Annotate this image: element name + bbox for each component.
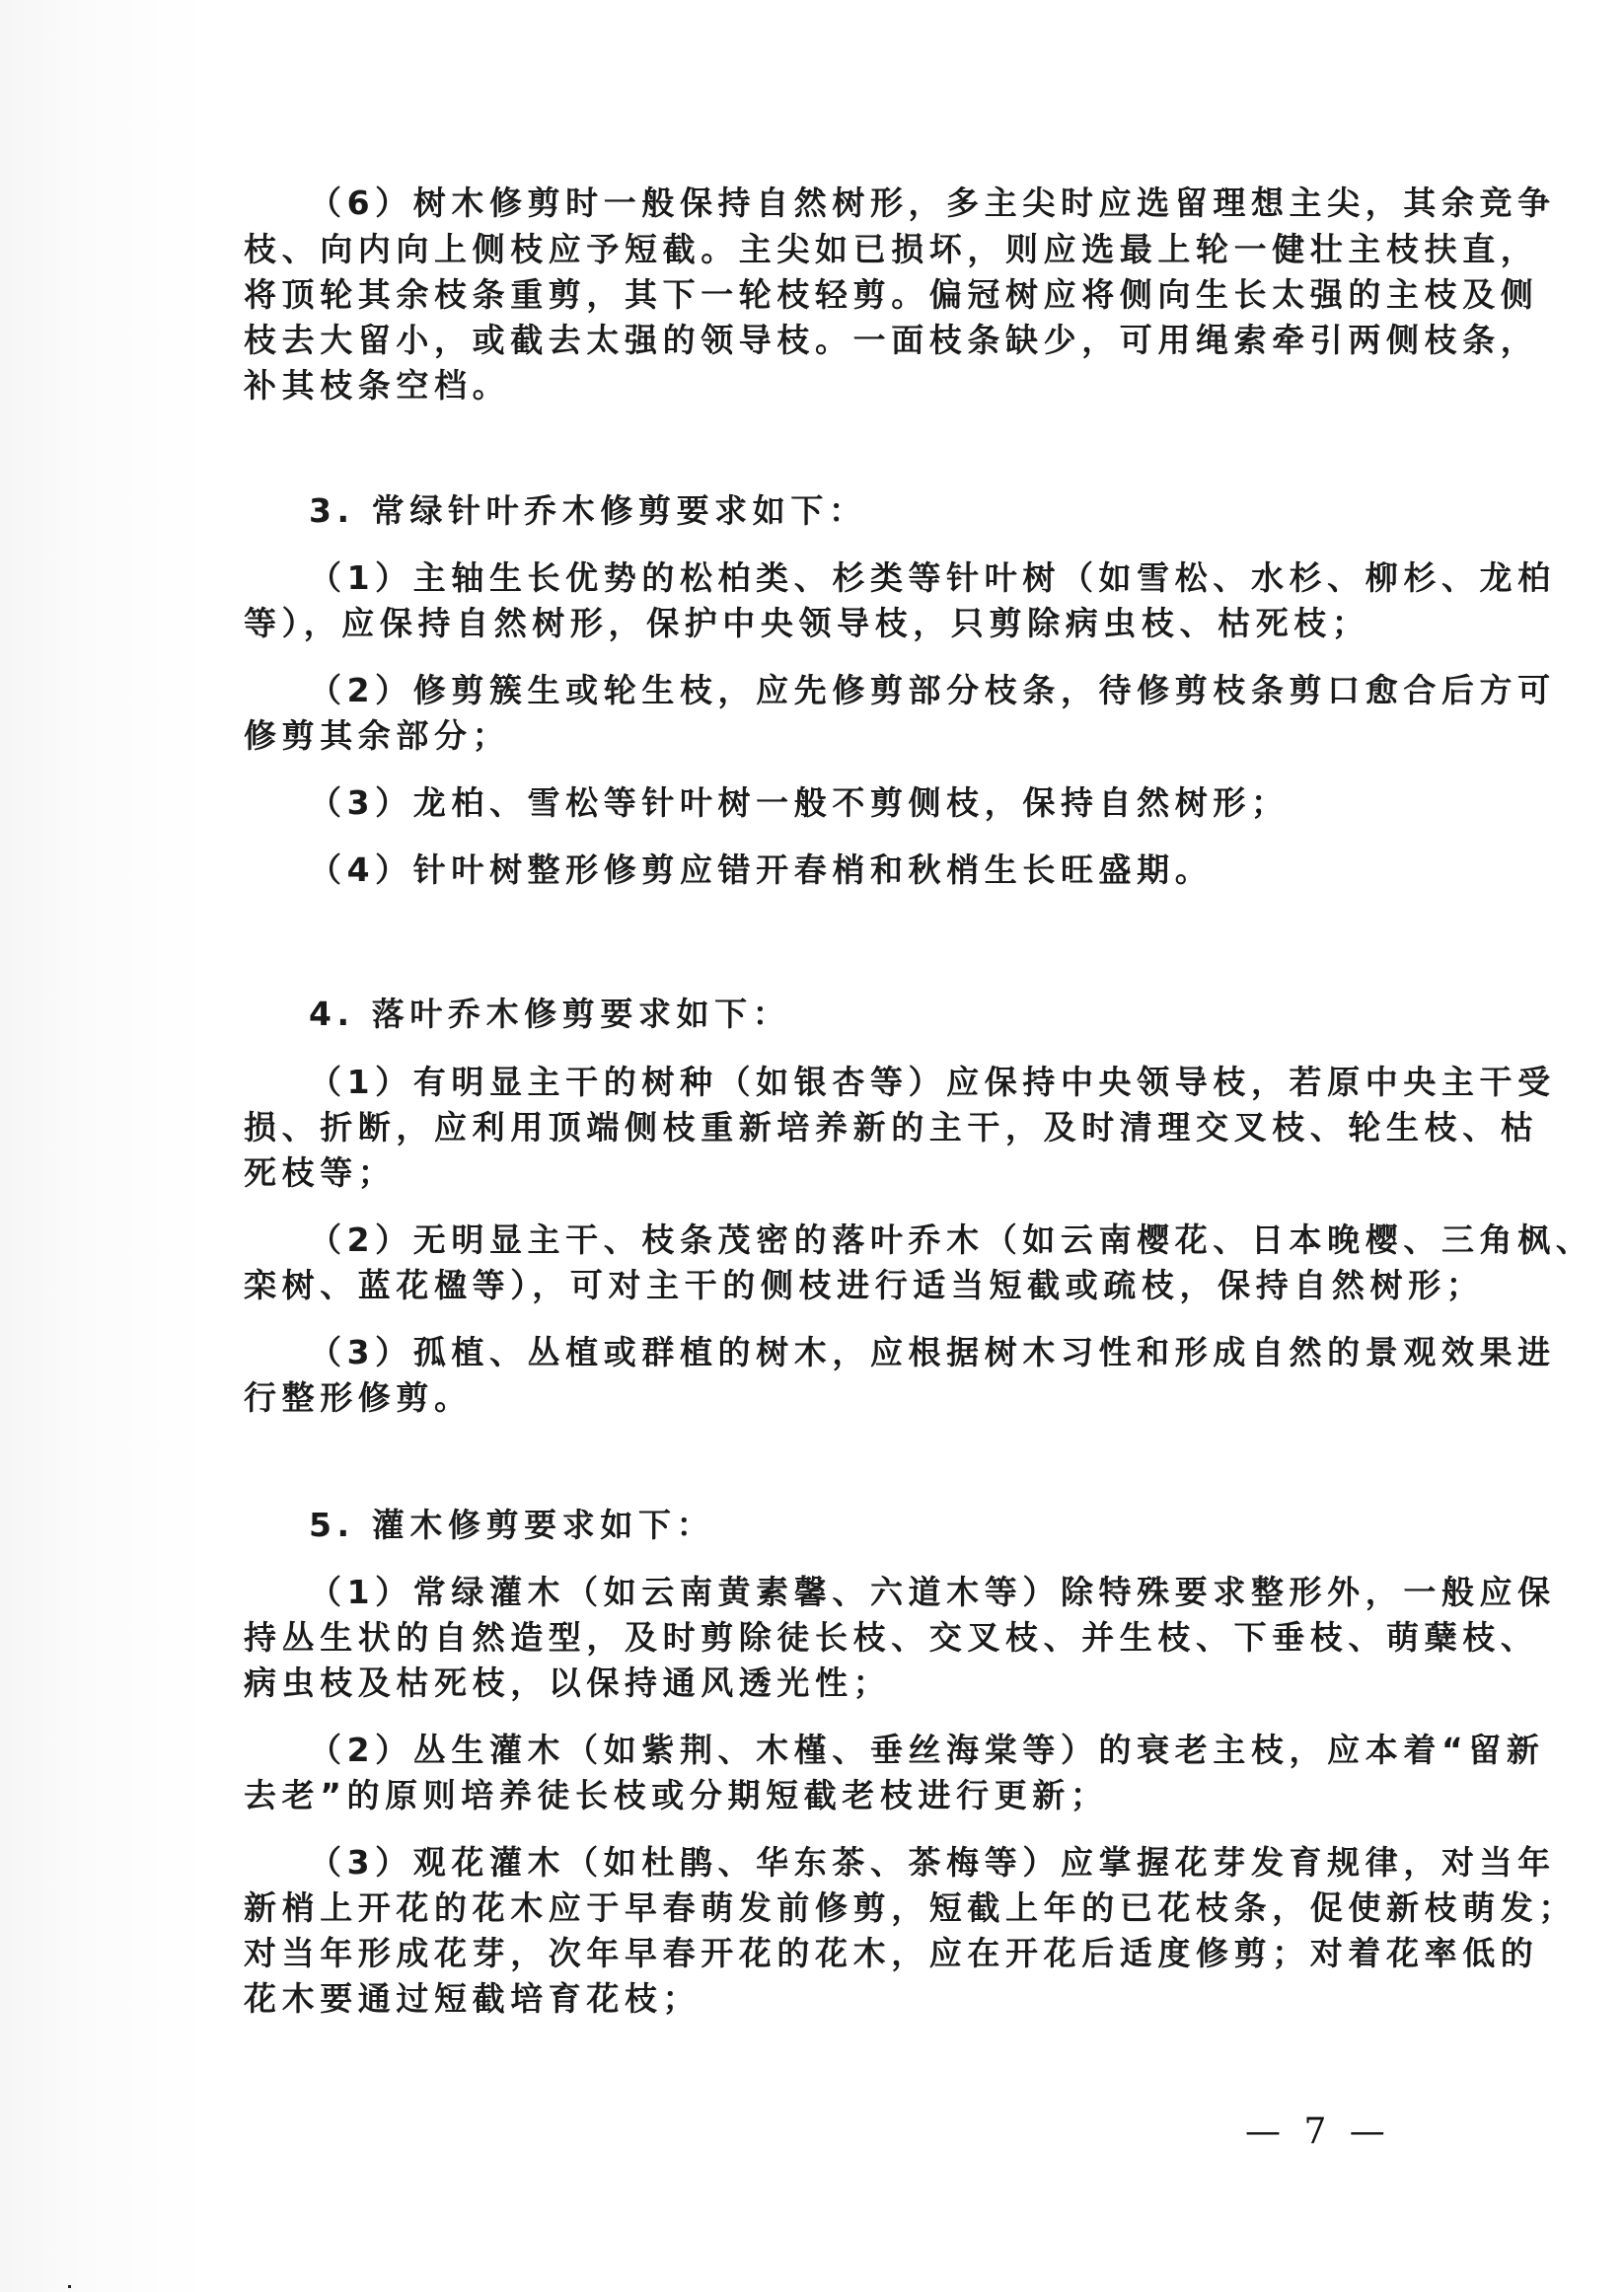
document-page: （6）树木修剪时一般保持自然树形，多主尖时应选留理想主尖，其余竞争 枝、向内向上…: [0, 0, 1624, 2292]
section-3-item-1-line-1: （1）主轴生长优势的松柏类、杉类等针叶树（如雪松、水杉、柳杉、龙柏: [309, 558, 1556, 598]
paragraph-6-line-4: 枝去大留小，或截去太强的领导枝。一面枝条缺少，可用绳索牵引两侧枝条，: [244, 321, 1538, 360]
section-3-item-1-line-2: 等），应保持自然树形，保护中央领导枝，只剪除病虫枝、枯死枝；: [244, 604, 1370, 643]
section-4-item-2-line-2: 栾树、蓝花楹等），可对主干的侧枝进行适当短截或疏枝，保持自然树形；: [244, 1266, 1484, 1305]
section-5-item-2-line-2: 去老”的原则培养徒长枝或分期短截老枝进行更新；: [244, 1776, 1109, 1815]
section-3-item-2-line-1: （2）修剪簇生或轮生枝，应先修剪部分枝条，待修剪枝条剪口愈合后方可: [309, 671, 1556, 710]
paragraph-6-line-3: 将顶轮其余枝条重剪，其下一轮枝轻剪。偏冠树应将侧向生长太强的主枝及侧: [244, 275, 1538, 315]
section-5-item-1-line-1: （1）常绿灌木（如云南黄素馨、六道木等）除特殊要求整形外，一般应保: [309, 1573, 1556, 1612]
section-4-item-3-line-1: （3）孤植、丛植或群植的树木，应根据树木习性和形成自然的景观效果进: [309, 1333, 1556, 1372]
section-4-item-2-line-1: （2）无明显主干、枝条茂密的落叶乔木（如云南樱花、日本晚樱、三角枫、: [309, 1220, 1593, 1260]
paragraph-6-line-1: （6）树木修剪时一般保持自然树形，多主尖时应选留理想主尖，其余竞争: [309, 184, 1556, 223]
section-5-item-1-line-3: 病虫枝及枯死枝，以保持通风透光性；: [244, 1664, 891, 1703]
scan-shadow: [0, 0, 207, 2292]
section-5-item-3-line-2: 新梢上开花的花木应于早春萌发前修剪，短截上年的已花枝条，促使新枝萌发；: [244, 1888, 1577, 1928]
paragraph-6-line-5: 补其枝条空档。: [244, 366, 510, 406]
section-4-item-1-line-2: 损、折断，应利用顶端侧枝重新培养新的主干，及时清理交叉枝、轮生枝、枯: [244, 1108, 1538, 1147]
section-5-item-3-line-4: 花木要通过短截培育花枝；: [244, 1979, 701, 2019]
paragraph-6-line-2: 枝、向内向上侧枝应予短截。主尖如已损坏，则应选最上轮一健壮主枝扶直，: [244, 230, 1538, 269]
section-3-item-2-line-2: 修剪其余部分；: [244, 716, 510, 756]
page-number: — 7 —: [1245, 2111, 1391, 2152]
section-5-item-3-line-3: 对当年形成花芽，次年早春开花的花木，应在开花后适度修剪；对着花率低的: [244, 1934, 1538, 1973]
section-3-item-3: （3）龙柏、雪松等针叶树一般不剪侧枝，保持自然树形；: [309, 783, 1290, 823]
section-4-item-1-line-3: 死枝等；: [244, 1153, 396, 1193]
scan-speck: [68, 2285, 71, 2288]
section-3-item-4: （4）针叶树整形修剪应错开春梢和秋梢生长旺盛期。: [309, 850, 1213, 890]
section-4-item-1-line-1: （1）有明显主干的树种（如银杏等）应保持中央领导枝，若原中央主干受: [309, 1063, 1556, 1102]
section-5-heading: 5. 灌木修剪要求如下：: [309, 1506, 714, 1545]
section-4-item-3-line-2: 行整形修剪。: [244, 1378, 473, 1418]
section-5-item-1-line-2: 持丛生状的自然造型，及时剪除徒长枝、交叉枝、并生枝、下垂枝、萌蘖枝、: [244, 1618, 1538, 1658]
section-5-item-2-line-1: （2）丛生灌木（如紫荆、木槿、垂丝海棠等）的衰老主枝，应本着“留新: [309, 1731, 1544, 1770]
section-3-heading: 3. 常绿针叶乔木修剪要求如下：: [309, 491, 867, 531]
section-4-heading: 4. 落叶乔木修剪要求如下：: [309, 995, 790, 1034]
section-5-item-3-line-1: （3）观花灌木（如杜鹃、华东茶、茶梅等）应掌握花芽发育规律，对当年: [309, 1843, 1556, 1883]
